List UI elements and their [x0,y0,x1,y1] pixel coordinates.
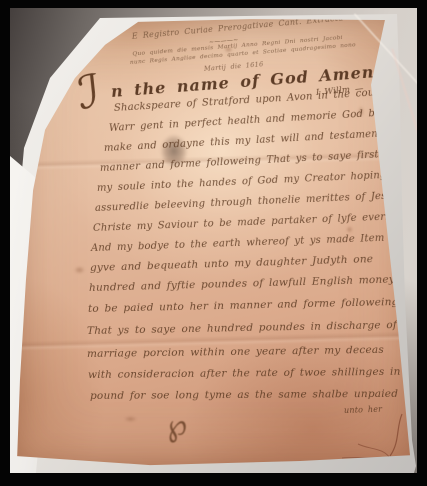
manuscript-page: E Registro Curiae Prerogativae Cant. Ext… [14,16,412,466]
foxing-spot [346,226,353,233]
manuscript-line: my soule into the handes of God my Creat… [97,169,412,194]
manuscript-line: Christe my Saviour to be made partaker o… [93,210,417,234]
foxing-spot [124,416,137,422]
manuscript-line: hundred and fyftie poundes of lawfull En… [89,273,395,294]
manuscript-line: pound for soe long tyme as the same shal… [90,388,398,402]
manuscript-line: gyve and bequeath unto my daughter Judyt… [90,253,374,274]
display-background: E Registro Curiae Prerogativae Cant. Ext… [10,8,417,473]
manuscript-line: assuredlie beleeving through thonelie me… [95,190,399,214]
manuscript-line: with consideracion after the rate of two… [88,365,417,381]
foxing-spot [74,266,85,274]
signature-flourish: ℘ [163,407,190,445]
photo-frame: E Registro Curiae Prerogativae Cant. Ext… [0,0,427,486]
manuscript-line: to be paied unto her in manner and forme… [88,296,399,315]
manuscript-line: And my bodye to the earth whereof yt ys … [91,232,394,254]
